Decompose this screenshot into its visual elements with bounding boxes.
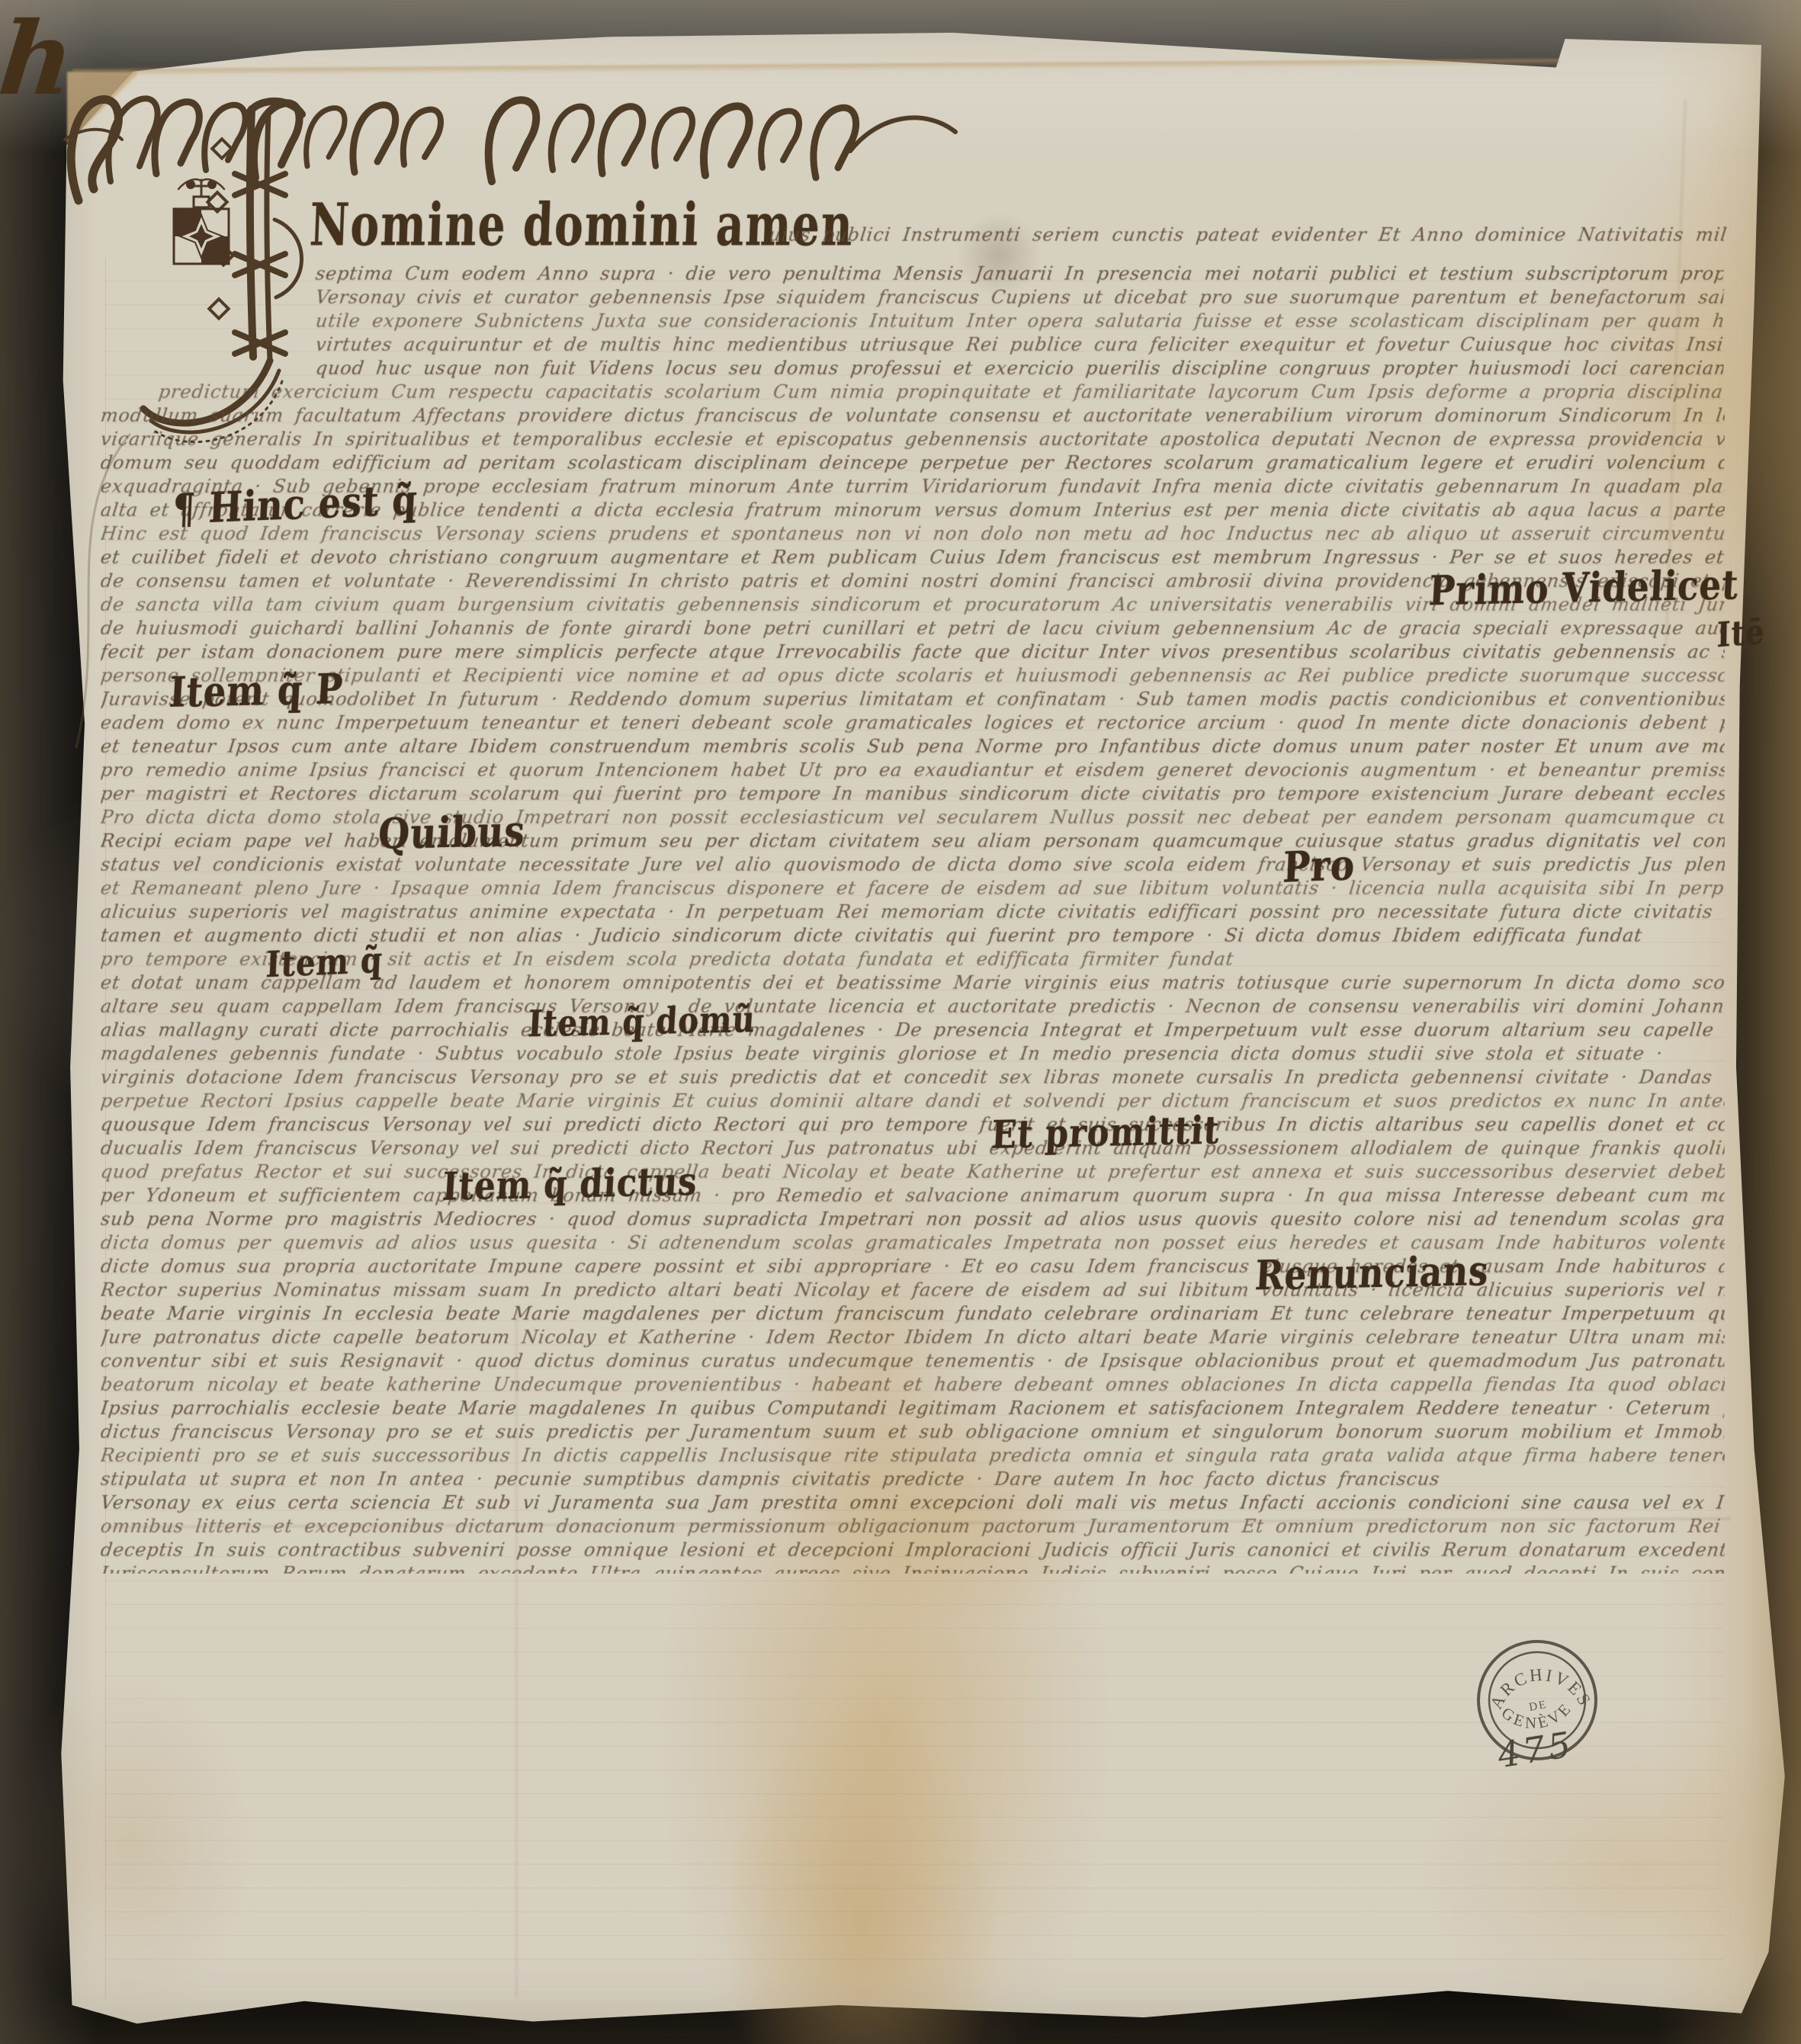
photograph-stage: Nomine domini amen h uius publici Instru… [0, 0, 1801, 2044]
script-line: per Ydoneum et sufficientem cappellanum … [101, 1184, 1725, 1208]
gothic-keyword: Et promittit [990, 1109, 1221, 1158]
script-line: Recipienti pro se et suis successoribus … [101, 1444, 1725, 1468]
script-line: conventur sibi et suis Resignavit · quod… [101, 1349, 1725, 1373]
script-line: predictum exercicium Cum respectu capaci… [157, 380, 1725, 404]
stamp-middle-text: DE [1528, 1699, 1548, 1714]
script-line: altare seu quam cappellam Idem franciscu… [101, 995, 1725, 1019]
script-line: quousque Idem franciscus Versonay vel su… [101, 1113, 1725, 1137]
gothic-keyword: Item q̃ P [168, 664, 345, 716]
script-line: quod huc usque non fuit Videns locus seu… [314, 357, 1725, 380]
script-line: pro remedio anime Ipsius francisci et qu… [101, 759, 1725, 782]
script-line: Versonay ex eius certa sciencia Et sub v… [101, 1491, 1725, 1515]
script-line: Versonay civis et curator gebennensis Ip… [314, 286, 1725, 310]
script-line: et teneatur Ipsos cum ante altare Ibidem… [101, 735, 1725, 759]
script-line: fecit per istam donacionem pure mere sim… [101, 640, 1725, 664]
script-line: septima Cum eodem Anno supra · die vero … [314, 262, 1725, 286]
gothic-keyword: Item q̃ domũ [527, 999, 757, 1046]
script-line: Ipsius parrochialis ecclesie beate Marie… [101, 1397, 1725, 1420]
script-line: Juravisse poterit quomodolibet In futuru… [101, 688, 1725, 711]
script-line: dictus franciscus Versonay pro se et sui… [101, 1420, 1725, 1444]
script-line: modullum suarum facultatum Affectans pro… [101, 404, 1725, 428]
script-line: omnibus litteris et excepcionibus dictar… [101, 1515, 1725, 1539]
script-line: alicuius superioris vel magistratus anim… [101, 900, 1725, 924]
script-line: de huiusmodi guichardi ballini Johannis … [101, 617, 1725, 640]
script-line: Recipi eciam pape vel haberi emolumentum… [101, 829, 1725, 853]
gothic-keyword: Item q̃ dictus [441, 1160, 698, 1210]
script-line: Iurisconsultorum Rerum donatarum exceden… [101, 1562, 1725, 1574]
script-line: domum seu quoddam edifficium ad peritam … [101, 451, 1725, 475]
gothic-keyword: ¶ Hinc est q̃ [172, 475, 419, 534]
gothic-keyword: Itē [1716, 611, 1765, 655]
gothic-keyword: Item q̃ [265, 939, 384, 987]
gothic-keyword: Primo Videlicet [1427, 561, 1740, 615]
script-line: per magistri et Rectores dictarum scolar… [101, 782, 1725, 806]
script-line: eadem domo ex nunc Imperpetuum teneantur… [101, 711, 1725, 735]
gothic-keyword: Renuncians [1254, 1247, 1490, 1300]
heading-flourish-h: h [0, 0, 1801, 118]
script-line: vicariique generalis In spiritualibus et… [101, 428, 1725, 451]
script-line: beate Marie virginis In ecclesia beate M… [101, 1302, 1725, 1326]
script-line: beatorum nicolay et beate katherine Unde… [101, 1373, 1725, 1397]
script-line: Pro dicta dicta domo stola sive studio I… [101, 806, 1725, 829]
script-line: alias mallagny curati dicte parrochialis… [101, 1019, 1725, 1042]
script-line: magdalenes gebennis fundate · Subtus voc… [101, 1042, 1725, 1066]
script-line: Jure patronatus dicte capelle beatorum N… [101, 1326, 1725, 1349]
gothic-keyword: Quibus [377, 807, 527, 859]
script-line: quod prefatus Rector et sui successores … [101, 1160, 1725, 1184]
script-line: virtutes acquiruntur et de multis hinc m… [314, 333, 1725, 357]
script-line: perpetue Rectori Ipsius cappelle beate M… [101, 1089, 1725, 1113]
script-line: et Remaneant pleno Jure · Ipsaque omnia … [101, 877, 1725, 900]
script-line: stipulata ut supra et non In antea · pec… [101, 1468, 1725, 1491]
script-line: virginis dotacione Idem franciscus Verso… [101, 1066, 1725, 1089]
opening-script-line: uius publici Instrumenti seriem cunctis … [767, 224, 1728, 250]
script-line: ducualis Idem franciscus Versonay vel su… [101, 1137, 1725, 1160]
script-line: status vel condicionis existat voluntate… [101, 853, 1725, 877]
script-line: sub pena Norme pro magistris Mediocres ·… [101, 1208, 1725, 1231]
charter-body-text: septima Cum eodem Anno supra · die vero … [101, 262, 1725, 1574]
script-line: deceptis In suis contractibus subveniri … [101, 1539, 1725, 1562]
script-line: utile exponere Subnictens Juxta sue cons… [314, 310, 1725, 333]
gothic-keyword: Pro [1282, 840, 1356, 893]
